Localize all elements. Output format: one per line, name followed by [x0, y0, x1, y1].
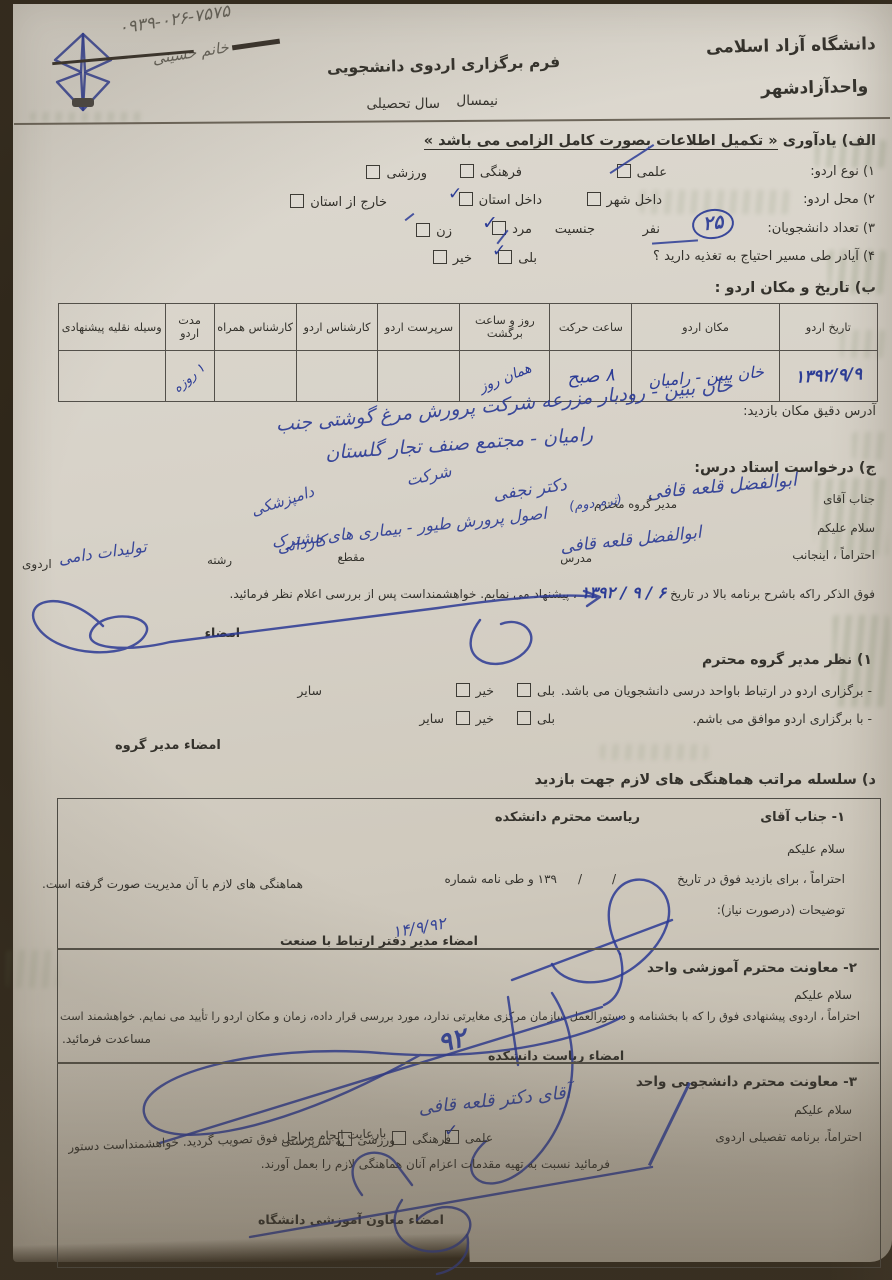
d3-lead: احتراماً، برنامه تفصیلی اردوی — [715, 1130, 862, 1144]
q2-label: ۲) محل اردو: — [803, 192, 875, 207]
bleed-smudge — [6, 950, 58, 988]
g1-row1-other: سایر — [297, 683, 322, 698]
hw-student-count: ۲۵ — [690, 207, 736, 242]
col-accompanying: کارشناس همراه — [214, 304, 296, 351]
q4-label: ۴) آیادر طی مسیر احتیاج به تغذیه دارید ؟ — [653, 249, 875, 264]
q3-option-female: زن — [414, 223, 452, 239]
q2-option-ostan: داخل استان — [457, 192, 542, 208]
q3-unit: نفر — [643, 222, 660, 237]
g1-row1-no: خیر — [454, 683, 494, 698]
salam-line: سلام علیکم — [817, 521, 875, 535]
d2-heading: ۲- معاونت محترم آموزشی واحد — [647, 960, 857, 976]
g1-row2-other: سایر — [419, 711, 444, 726]
g1-heading: ۱) نظر مدیر گروه محترم — [702, 652, 872, 668]
d3-heading: ۳- معاونت محترم دانشجویی واحد — [636, 1074, 857, 1090]
col-date: تاریخ اردو — [779, 304, 877, 351]
g1-row2-no: خیر — [454, 711, 494, 726]
col-duration: مدت اردو — [165, 304, 214, 351]
cell-date: ۱۳۹۲/۹/۹ — [779, 351, 877, 402]
bleed-smudge — [814, 478, 888, 556]
checkmark-yes — [492, 241, 506, 261]
cell-expert — [296, 351, 378, 402]
cell-accompanying — [214, 351, 296, 402]
checkbox — [290, 194, 304, 208]
table-row: ۱۳۹۲/۹/۹ خان ببین - رامیان ۸ صبح همان رو… — [59, 351, 878, 402]
d1-dean-label: ریاست محترم دانشکده — [495, 810, 640, 825]
semester-label: نیمسال — [456, 93, 498, 109]
azad-university-logo-icon — [42, 28, 124, 116]
photo-background: دانشگاه آزاد اسلامی واحدآزادشهر فرم برگز… — [0, 0, 892, 1280]
org-name-line1: دانشگاه آزاد اسلامی — [706, 34, 876, 58]
g1-signature-label: امضاء مدیر گروه — [115, 738, 221, 753]
major-label: رشته — [207, 553, 232, 567]
q2-option-kharej: خارج از استان — [288, 194, 387, 210]
address-label: آدرس دقیق مکان بازدید: — [743, 404, 876, 419]
level-label: مقطع — [337, 550, 365, 564]
checkbox — [456, 711, 470, 725]
q3-label: ۳) تعداد دانشجویان: — [767, 221, 875, 236]
bleed-smudge — [852, 432, 888, 460]
checkbox — [517, 711, 531, 725]
cell-vehicle — [59, 351, 166, 402]
professor-signature — [8, 578, 628, 678]
bleed-smudge — [600, 744, 708, 760]
org-name-line2: واحدآزادشهر — [761, 77, 869, 100]
g1-row1-text: - برگزاری اردو در ارتباط باواحد درسی دان… — [561, 683, 872, 698]
q1-option-farhangi: فرهنگی — [458, 164, 522, 180]
d2-salam: سلام علیکم — [794, 988, 852, 1002]
d1-signature-label: امضاء مدیر دفتر ارتباط با صنعت — [280, 933, 478, 948]
d1-notes-label: توضیحات (درصورت نیاز): — [717, 903, 845, 917]
checkbox — [456, 683, 470, 697]
checkbox — [460, 164, 474, 178]
checkbox — [587, 192, 601, 206]
lecturer-label: مدرس — [560, 551, 592, 565]
vice-chancellor-signature — [210, 1140, 680, 1278]
academic-year-label: سال تحصیلی — [367, 96, 441, 112]
checkmark-ostan — [448, 184, 462, 204]
table-header-row: تاریخ اردو مکان اردو ساعت حرکت روز و ساع… — [59, 304, 878, 351]
g1-row1-yes: بلی — [515, 683, 555, 698]
cell-supervisor — [378, 351, 460, 402]
ordu-label: اردوی — [22, 557, 52, 571]
checkbox — [433, 250, 447, 264]
to-label: جناب آقای — [823, 492, 875, 506]
section-a-heading-prefix: الف) یادآوری — [783, 133, 876, 149]
g1-row2-yes: بلی — [515, 711, 555, 726]
q1-option-varzeshi: ورزشی — [364, 165, 427, 181]
section-d-heading: د) سلسله مراتب هماهنگی های لازم جهت بازد… — [534, 772, 876, 788]
section-b-heading: ب) تاریخ و مکان اردو : — [715, 280, 876, 296]
g1-row2-text: - با برگزاری اردو موافق می باشم. — [693, 711, 872, 726]
intro-label: احتراماً ، اینجانب — [792, 548, 875, 562]
col-vehicle: وسیله نقلیه پیشنهادی — [59, 304, 166, 351]
checkbox — [416, 223, 430, 237]
col-return: روز و ساعت برگشت — [460, 304, 550, 351]
cell-duration: ۱ روزه — [165, 351, 214, 402]
checkbox — [517, 683, 531, 697]
checkmark-male — [482, 212, 498, 234]
col-departure: ساعت حرکت — [550, 304, 632, 351]
d3-salam: سلام علیکم — [794, 1103, 852, 1117]
q4-option-no: خیر — [431, 250, 472, 266]
q2-option-shahr: داخل شهر — [585, 192, 662, 208]
camp-table: تاریخ اردو مکان اردو ساعت حرکت روز و ساع… — [58, 303, 878, 402]
d1-salam: سلام علیکم — [787, 842, 845, 856]
checkbox — [366, 165, 380, 179]
q1-label: ۱) نوع اردو: — [810, 164, 875, 179]
col-supervisor: سرپرست اردو — [378, 304, 460, 351]
q3-gender-label: جنسیت — [555, 222, 595, 237]
d1-line-end: هماهنگی های لازم با آن مدیریت صورت گرفته… — [42, 877, 303, 891]
d-divider2 — [57, 1062, 879, 1064]
d1-num-label: ۱- جناب آقای — [760, 810, 845, 825]
col-expert: کارشناس اردو — [296, 304, 378, 351]
col-location: مکان اردو — [632, 304, 779, 351]
d-divider1 — [57, 948, 879, 950]
section-a-heading-quote: « تکمیل اطلاعات بصورت کامل الزامی می باش… — [424, 133, 778, 150]
